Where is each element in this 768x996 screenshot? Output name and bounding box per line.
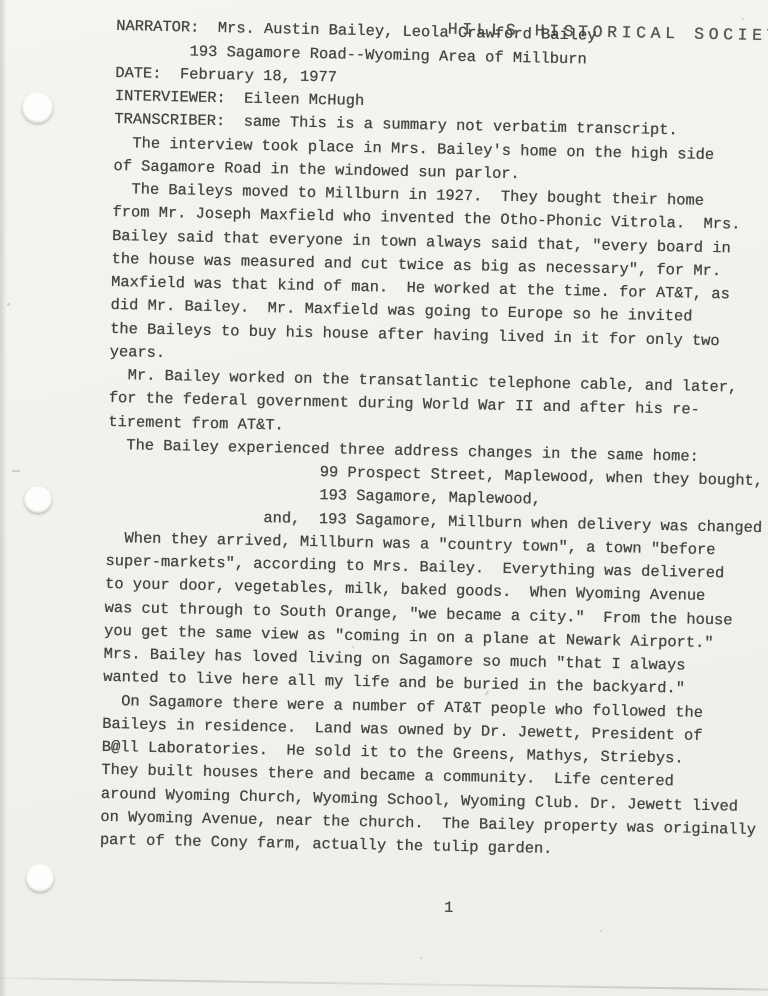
scan-edge-shadow [0,0,7,996]
transcript-lines: NARRATOR: Mrs. Austin Bailey, Leola Craw… [100,15,768,865]
punch-hole-top [22,92,53,123]
page-number-text: 1 [444,898,454,916]
paper-speck [7,303,10,306]
paper-crease [0,977,768,991]
paper-speck [742,18,744,20]
paper-speck [600,930,602,932]
scanned-page: HILLS HISTORICAL SOCIETY NARRATOR: Mrs. … [0,0,768,996]
typewritten-text-block: HILLS HISTORICAL SOCIETY NARRATOR: Mrs. … [99,0,768,903]
paper-speck [352,646,354,648]
punch-hole-middle [24,486,52,513]
punch-hole-bottom [26,864,54,892]
paper-speck [12,470,20,472]
paper-speck [420,957,422,959]
